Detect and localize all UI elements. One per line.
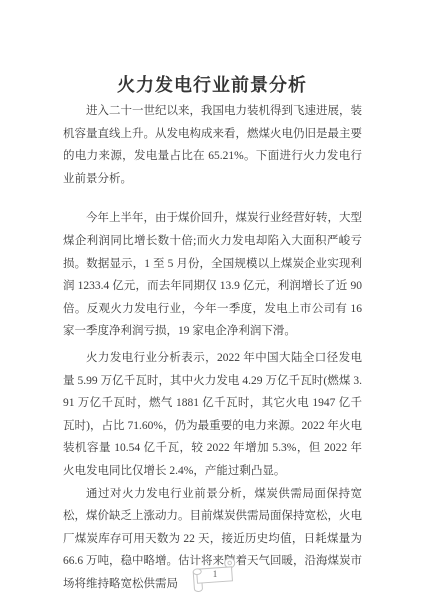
paragraph-intro: 进入二十一世纪以来，我国电力装机得到飞速进展，装机容量直线上升。从发电构成来看，… bbox=[63, 100, 362, 190]
document-body: 进入二十一世纪以来，我国电力装机得到飞速进展，装机容量直线上升。从发电构成来看，… bbox=[63, 100, 362, 595]
page-footer: 1 bbox=[0, 556, 424, 598]
page-number-scroll-banner: 1 bbox=[189, 556, 241, 596]
document-title: 火力发电行业前景分析 bbox=[0, 71, 424, 97]
paragraph-coal-profit: 今年上半年，由于煤价回升，煤炭行业经营好转，大型煤企利润同比增长数十倍;而火力发… bbox=[63, 207, 362, 343]
document-page: 火力发电行业前景分析 进入二十一世纪以来，我国电力装机得到飞速进展，装机容量直线… bbox=[0, 0, 424, 600]
page-number: 1 bbox=[195, 567, 235, 581]
paragraph-generation-data: 火力发电行业分析表示，2022 年中国大陆全口径发电量 5.99 万亿千瓦时，其… bbox=[63, 347, 362, 483]
